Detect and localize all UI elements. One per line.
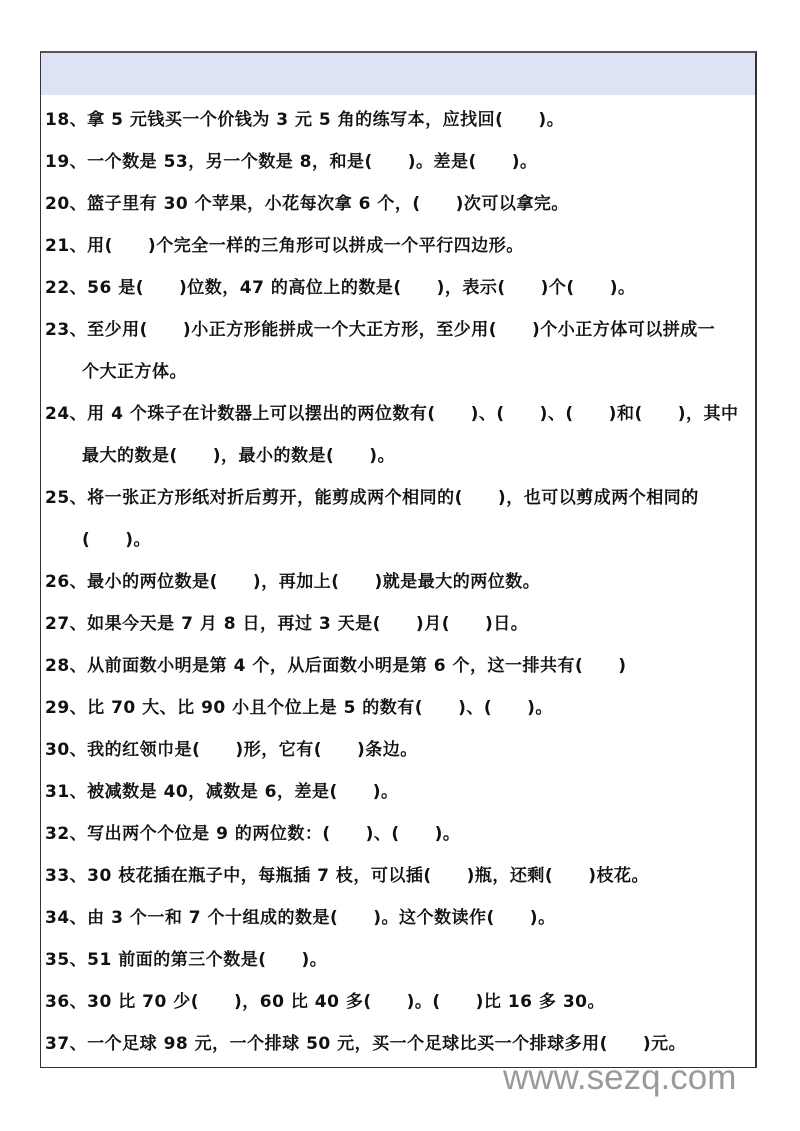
question-32: 32、写出两个个位是 9 的两位数：( )、( )。 xyxy=(45,823,460,845)
question-26: 26、最小的两位数是( )，再加上( )就是最大的两位数。 xyxy=(45,571,540,593)
question-25-line-2: ( )。 xyxy=(82,529,151,551)
question-35: 35、51 前面的第三个数是( )。 xyxy=(45,949,327,971)
question-24-line-2: 最大的数是( )，最小的数是( )。 xyxy=(82,445,395,467)
question-21: 21、用( )个完全一样的三角形可以拼成一个平行四边形。 xyxy=(45,235,524,257)
question-27: 27、如果今天是 7 月 8 日，再过 3 天是( )月( )日。 xyxy=(45,613,528,635)
question-19: 19、一个数是 53，另一个数是 8，和是( )。差是( )。 xyxy=(45,151,538,173)
question-20: 20、篮子里有 30 个苹果，小花每次拿 6 个，( )次可以拿完。 xyxy=(45,193,569,215)
question-28: 28、从前面数小明是第 4 个，从后面数小明是第 6 个，这一排共有( ) xyxy=(45,655,627,677)
question-25-line-1: 25、将一张正方形纸对折后剪开，能剪成两个相同的( )，也可以剪成两个相同的 xyxy=(45,487,699,509)
question-30: 30、我的红领巾是( )形，它有( )条边。 xyxy=(45,739,418,761)
question-37: 37、一个足球 98 元，一个排球 50 元，买一个足球比买一个排球多用( )元… xyxy=(45,1033,686,1055)
question-34: 34、由 3 个一和 7 个十组成的数是( )。这个数读作( )。 xyxy=(45,907,556,929)
worksheet-box: 18、拿 5 元钱买一个价钱为 3 元 5 角的练写本，应找回( )。 19、一… xyxy=(40,51,757,1068)
question-29: 29、比 70 大、比 90 小且个位上是 5 的数有( )、( )。 xyxy=(45,697,553,719)
question-23-line-2: 个大正方体。 xyxy=(82,361,187,383)
header-band xyxy=(41,53,755,95)
question-33: 33、30 枝花插在瓶子中，每瓶插 7 枝，可以插( )瓶，还剩( )枝花。 xyxy=(45,865,649,887)
question-36: 36、30 比 70 少( )，60 比 40 多( )。( )比 16 多 3… xyxy=(45,991,605,1013)
question-18: 18、拿 5 元钱买一个价钱为 3 元 5 角的练写本，应找回( )。 xyxy=(45,109,564,131)
question-31: 31、被减数是 40，减数是 6，差是( )。 xyxy=(45,781,399,803)
question-22: 22、56 是( )位数，47 的高位上的数是( )，表示( )个( )。 xyxy=(45,277,635,299)
question-24-line-1: 24、用 4 个珠子在计数器上可以摆出的两位数有( )、( )、( )和( )，… xyxy=(45,403,738,425)
question-23-line-1: 23、至少用( )小正方形能拼成一个大正方形，至少用( )个小正方体可以拼成一 xyxy=(45,319,715,341)
watermark: www.sezq.com xyxy=(503,1058,736,1098)
